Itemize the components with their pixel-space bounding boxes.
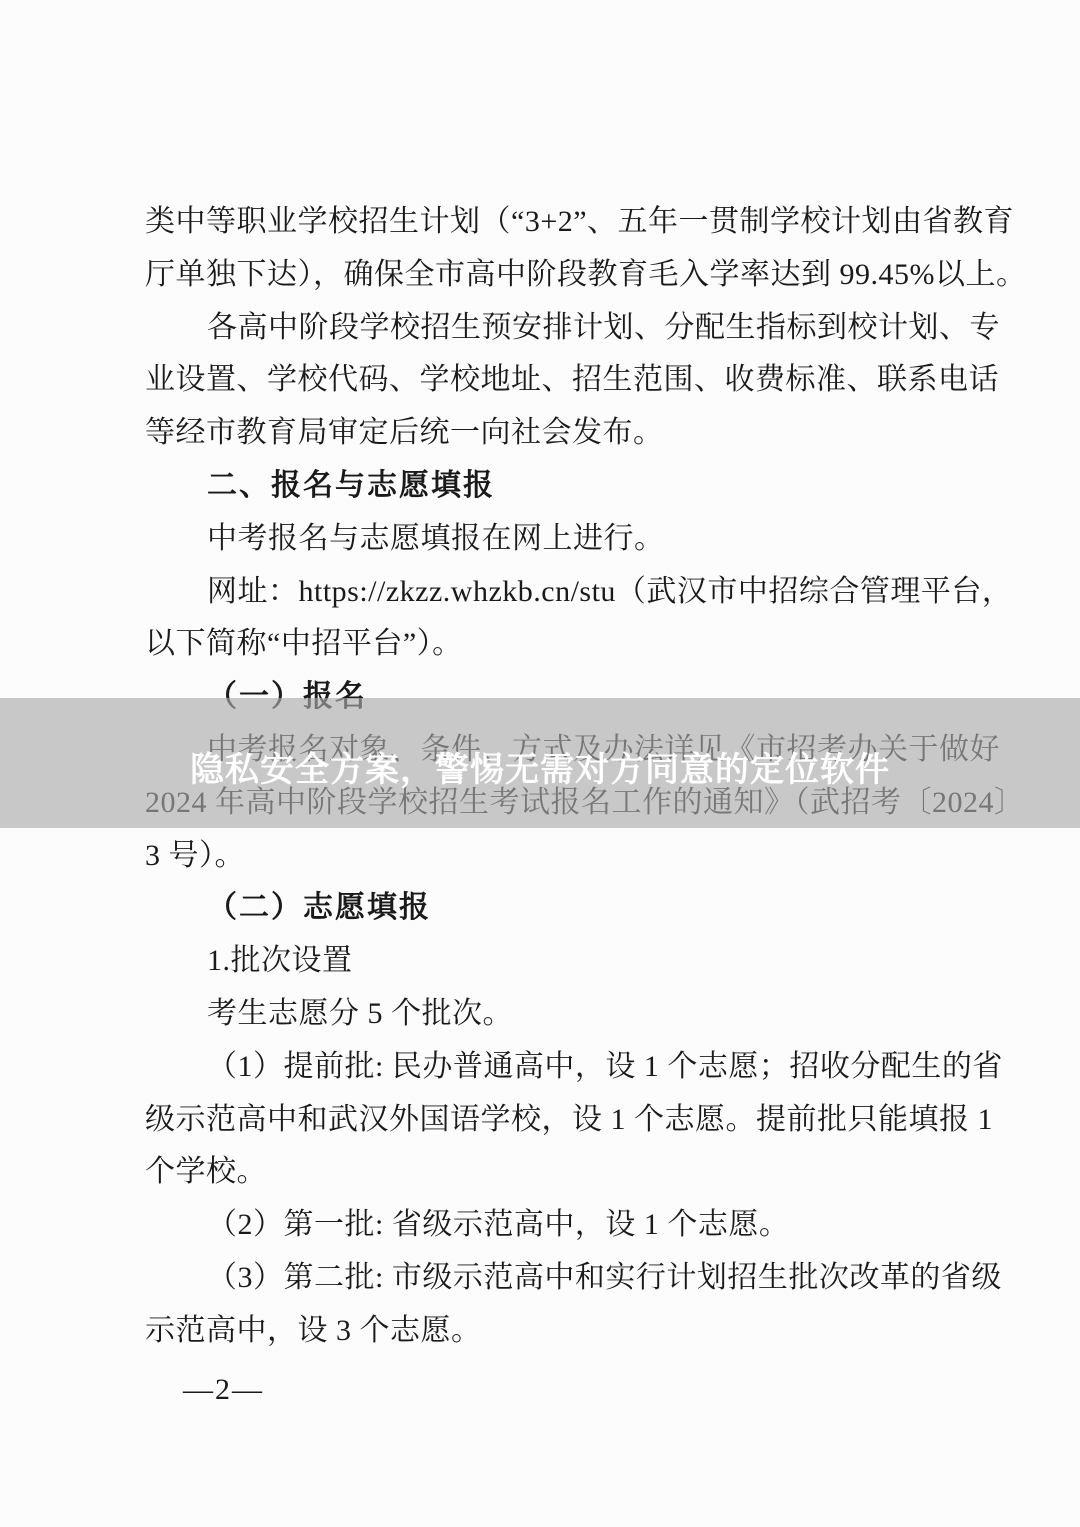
body-line: 厅单独下达），确保全市高中阶段教育毛入学率达到 99.45%以上。 [145, 249, 935, 302]
numbered-heading: 1.批次设置 [145, 935, 935, 988]
body-line: 3 号）。 [145, 830, 935, 883]
body-line: 示范高中，设 3 个志愿。 [145, 1305, 935, 1358]
body-line: （3）第二批: 市级示范高中和实行计划招生批次改革的省级 [145, 1252, 935, 1305]
document-page: 类中等职业学校招生计划（“3+2”、五年一贯制学校计划由省教育 厅单独下达），确… [0, 0, 1080, 1527]
body-line: （2）第一批: 省级示范高中，设 1 个志愿。 [145, 1199, 935, 1252]
watermark-text: 隐私安全方案，警惕无需对方同意的定位软件 [0, 742, 1080, 791]
subsection-heading: （二）志愿填报 [145, 882, 935, 935]
body-line: 个学校。 [145, 1146, 935, 1199]
body-line: 业设置、学校代码、学校地址、招生范围、收费标准、联系电话 [145, 354, 935, 407]
body-line: 以下简称“中招平台”）。 [145, 618, 935, 671]
body-line: 各高中阶段学校招生预安排计划、分配生指标到校计划、专 [145, 302, 935, 355]
body-line: 等经市教育局审定后统一向社会发布。 [145, 407, 935, 460]
body-line: 中考报名与志愿填报在网上进行。 [145, 513, 935, 566]
body-line-url: 网址：https://zkzz.whzkb.cn/stu（武汉市中招综合管理平台… [145, 566, 935, 619]
body-line: 级示范高中和武汉外国语学校，设 1 个志愿。提前批只能填报 1 [145, 1094, 935, 1147]
body-line: （1）提前批: 民办普通高中，设 1 个志愿；招收分配生的省 [145, 1041, 935, 1094]
page-number: —2— [183, 1364, 264, 1417]
body-line: 类中等职业学校招生计划（“3+2”、五年一贯制学校计划由省教育 [145, 196, 935, 249]
body-line: 考生志愿分 5 个批次。 [145, 988, 935, 1041]
section-heading: 二、报名与志愿填报 [145, 460, 935, 513]
